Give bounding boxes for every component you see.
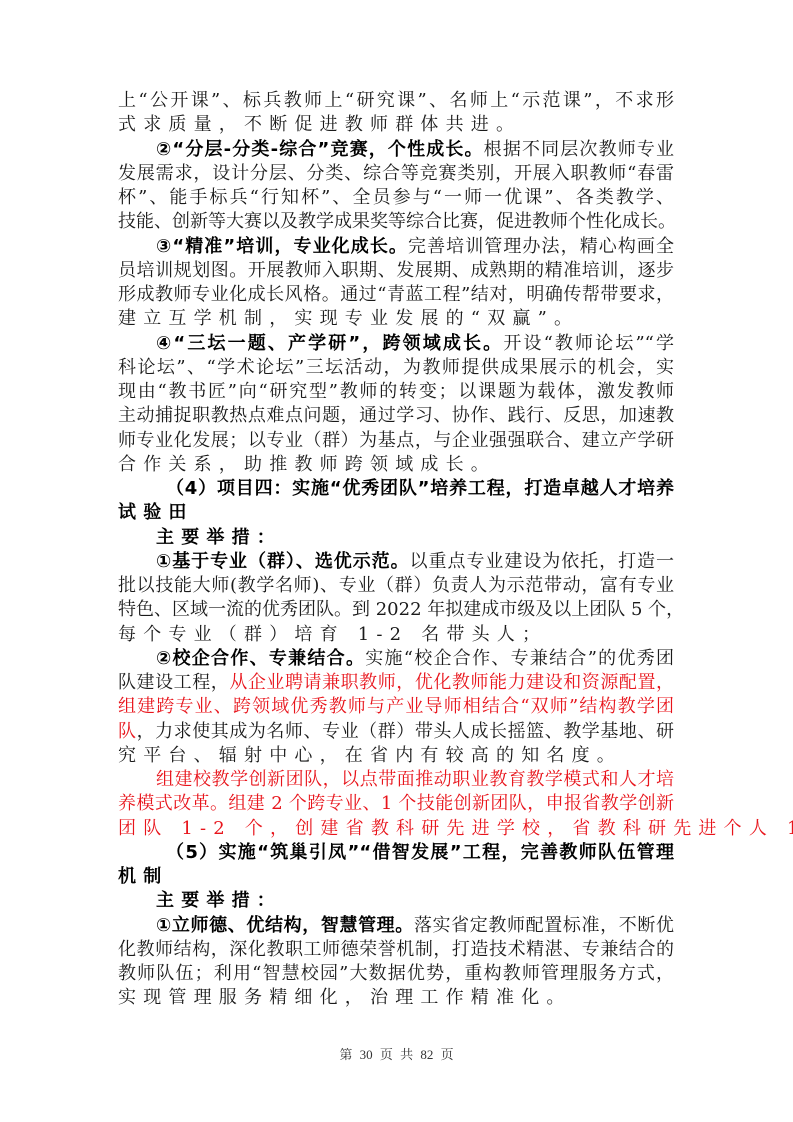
text-line: 杯”、能手标兵“行知杯”、全员参与“一师一优课”、各类教学、	[118, 186, 674, 210]
text-line: 技能、创新等大赛以及教学成果奖等综合比赛，促进教师个性化成长。	[118, 210, 674, 234]
subsection-heading-line: ③“精准”培训，专业化成长。完善培训管理办法，精心构画全	[118, 235, 674, 259]
text-line: 实现管理服务精细化，治理工作精准化。	[118, 986, 674, 1010]
text-run: 队建设工程，	[118, 672, 229, 693]
text-line: 化教师结构，深化教职工师德荣誉机制，打造技术精湛、专兼结合的	[118, 938, 674, 962]
section-title: 试验田	[118, 502, 194, 523]
text-run: 批以技能大师(教学名师)、专业（群）负责人为示范带动，富有专业	[118, 575, 674, 596]
text-line: 每个专业（群）培育 1-2 名带头人；	[118, 623, 674, 647]
page-footer: 第 30 页 共 82 页	[0, 1044, 793, 1063]
text-run: 上“公开课”、标兵教师上“研究课”、名师上“示范课”，不求形	[118, 90, 674, 111]
text-line: 发展需求，设计分层、分类、综合等竞赛类别，开展入职教师“春雷	[118, 162, 674, 186]
text-line: 究平台、辐射中心，在省内有较高的知名度。	[118, 744, 674, 768]
text-run: 形成教师专业化成长风格。通过“青蓝工程”结对，明确传帮带要求，	[118, 284, 674, 305]
text-line: 队建设工程，从企业聘请兼职教师，优化教师能力建设和资源配置，	[118, 671, 674, 695]
text-line: 师专业化发展；以专业（群）为基点，与企业强强联合、建立产学研	[118, 429, 674, 453]
measures-label: 主要举措：	[118, 889, 674, 913]
text-line: 科论坛”、“学术论坛”三坛活动，为教师提供成果展示的机会，实	[118, 356, 674, 380]
highlighted-line: 养模式改革。组建 2 个跨专业、1 个技能创新团队，申报省教学创新	[118, 792, 674, 816]
bold-lead: ①基于专业（群）、选优示范。	[156, 551, 410, 572]
bold-lead: ④“三坛一题、产学研”，跨领域成长。	[156, 333, 503, 354]
text-run: 式求质量，不断促进教师群体共进。	[118, 114, 521, 135]
text-run: 根据不同层次教师专业	[484, 139, 674, 160]
text-run: 每个专业（群）培育 1-2 名带头人；	[118, 624, 547, 645]
text-line: 现由“教书匠”向“研究型”教师的转变；以课题为载体，激发教师	[118, 380, 674, 404]
section-title: 机制	[118, 866, 168, 887]
document-page: 上“公开课”、标兵教师上“研究课”、名师上“示范课”，不求形 式求质量，不断促进…	[0, 0, 793, 1122]
text-run: 技能、创新等大赛以及教学成果奖等综合比赛，促进教师个性化成长。	[118, 211, 676, 232]
text-line: 员培训规划图。开展教师入职期、发展期、成熟期的精准培训，逐步	[118, 259, 674, 283]
text-run: 完善培训管理办法，精心构画全	[408, 236, 674, 257]
text-run: 科论坛”、“学术论坛”三坛活动，为教师提供成果展示的机会，实	[118, 357, 674, 378]
body-text: 上“公开课”、标兵教师上“研究课”、名师上“示范课”，不求形 式求质量，不断促进…	[118, 89, 674, 1011]
section-heading-4: （4）项目四：实施“优秀团队”培养工程，打造卓越人才培养	[118, 477, 674, 501]
bold-lead: ②校企合作、专兼结合。	[156, 648, 365, 669]
text-line: 合作关系，助推教师跨领域成长。	[118, 453, 674, 477]
subsection-heading-line: ②“分层-分类-综合”竞赛，个性成长。根据不同层次教师专业	[118, 138, 674, 162]
highlighted-text: 团队 1-2 个，创建省教科研先进学校，省教科研先进个人 1 人。	[118, 818, 793, 839]
section-heading-4-cont: 试验田	[118, 501, 674, 525]
text-run: 开设“教师论坛”“学	[503, 333, 674, 354]
highlighted-text: 从企业聘请兼职教师，优化教师能力建设和资源配置，	[229, 672, 674, 693]
text-line: 形成教师专业化成长风格。通过“青蓝工程”结对，明确传帮带要求，	[118, 283, 674, 307]
subsection-heading-line: ①立师德、优结构，智慧管理。落实省定教师配置标准，不断优	[118, 914, 674, 938]
section-heading-5-cont: 机制	[118, 865, 674, 889]
highlighted-text: 组建校教学创新团队，以点带面推动职业教育教学模式和人才培	[156, 769, 674, 790]
text-line: 特色、区域一流的优秀团队。到 2022 年拟建成市级及以上团队 5 个，	[118, 598, 674, 622]
text-line: 主动捕捉职教热点难点问题，通过学习、协作、践行、反思，加速教	[118, 404, 674, 428]
text-line: 批以技能大师(教学名师)、专业（群）负责人为示范带动，富有专业	[118, 574, 674, 598]
text-run: 落实省定教师配置标准，不断优	[414, 915, 674, 936]
text-run: 究平台、辐射中心，在省内有较高的知名度。	[118, 745, 622, 766]
text-run: 杯”、能手标兵“行知杯”、全员参与“一师一优课”、各类教学、	[118, 187, 674, 208]
measures-label: 主要举措：	[118, 526, 674, 550]
section-heading-5: （5）实施“筑巢引凤”“借智发展”工程，完善教师队伍管理	[118, 841, 674, 865]
text-line: 组建跨专业、跨领域优秀教师与产业导师相结合“双师”结构教学团	[118, 695, 674, 719]
highlighted-text: 队	[118, 721, 137, 742]
text-line: 建立互学机制，实现专业发展的“双赢”。	[118, 307, 674, 331]
text-line: 队，力求使其成为名师、专业（群）带头人成长摇篮、教学基地、研	[118, 720, 674, 744]
subsection-heading-line: ②校企合作、专兼结合。实施“校企合作、专兼结合”的优秀团	[118, 647, 674, 671]
measures-title: 主要举措：	[156, 527, 282, 548]
highlighted-line: 团队 1-2 个，创建省教科研先进学校，省教科研先进个人 1 人。	[118, 817, 674, 841]
subsection-heading-line: ④“三坛一题、产学研”，跨领域成长。开设“教师论坛”“学	[118, 332, 674, 356]
text-run: 实现管理服务精细化，治理工作精准化。	[118, 987, 572, 1008]
text-run: 教师队伍；利用“智慧校园”大数据优势，重构教师管理服务方式，	[118, 963, 674, 984]
text-run: 师专业化发展；以专业（群）为基点，与企业强强联合、建立产学研	[118, 430, 674, 451]
text-run: 实施“校企合作、专兼结合”的优秀团	[365, 648, 674, 669]
bold-lead: ①立师德、优结构，智慧管理。	[156, 915, 414, 936]
text-run: 主动捕捉职教热点难点问题，通过学习、协作、践行、反思，加速教	[118, 405, 674, 426]
text-run: ，力求使其成为名师、专业（群）带头人成长摇篮、教学基地、研	[137, 721, 674, 742]
text-run: 现由“教书匠”向“研究型”教师的转变；以课题为载体，激发教师	[118, 381, 674, 402]
text-run: 建立互学机制，实现专业发展的“双赢”。	[118, 308, 579, 329]
text-line: 式求质量，不断促进教师群体共进。	[118, 113, 674, 137]
text-run: 化教师结构，深化教职工师德荣誉机制，打造技术精湛、专兼结合的	[118, 939, 674, 960]
section-title: （5）实施“筑巢引凤”“借智发展”工程，完善教师队伍管理	[166, 842, 674, 863]
bold-lead: ③“精准”培训，专业化成长。	[156, 236, 408, 257]
subsection-heading-line: ①基于专业（群）、选优示范。以重点专业建设为依托，打造一	[118, 550, 674, 574]
section-title: （4）项目四：实施“优秀团队”培养工程，打造卓越人才培养	[166, 478, 674, 499]
highlighted-text: 养模式改革。组建 2 个跨专业、1 个技能创新团队，申报省教学创新	[118, 793, 674, 814]
text-run: 员培训规划图。开展教师入职期、发展期、成熟期的精准培训，逐步	[118, 260, 674, 281]
text-run: 以重点专业建设为依托，打造一	[410, 551, 674, 572]
text-run: 发展需求，设计分层、分类、综合等竞赛类别，开展入职教师“春雷	[118, 163, 674, 184]
text-line: 上“公开课”、标兵教师上“研究课”、名师上“示范课”，不求形	[118, 89, 674, 113]
bold-lead: ②“分层-分类-综合”竞赛，个性成长。	[156, 139, 484, 160]
text-run: 合作关系，助推教师跨领域成长。	[118, 454, 496, 475]
highlighted-text: 组建跨专业、跨领域优秀教师与产业导师相结合“双师”结构教学团	[118, 696, 674, 717]
measures-title: 主要举措：	[156, 890, 282, 911]
text-run: 特色、区域一流的优秀团队。到 2022 年拟建成市级及以上团队 5 个，	[118, 599, 684, 620]
text-line: 教师队伍；利用“智慧校园”大数据优势，重构教师管理服务方式，	[118, 962, 674, 986]
highlighted-line: 组建校教学创新团队，以点带面推动职业教育教学模式和人才培	[118, 768, 674, 792]
